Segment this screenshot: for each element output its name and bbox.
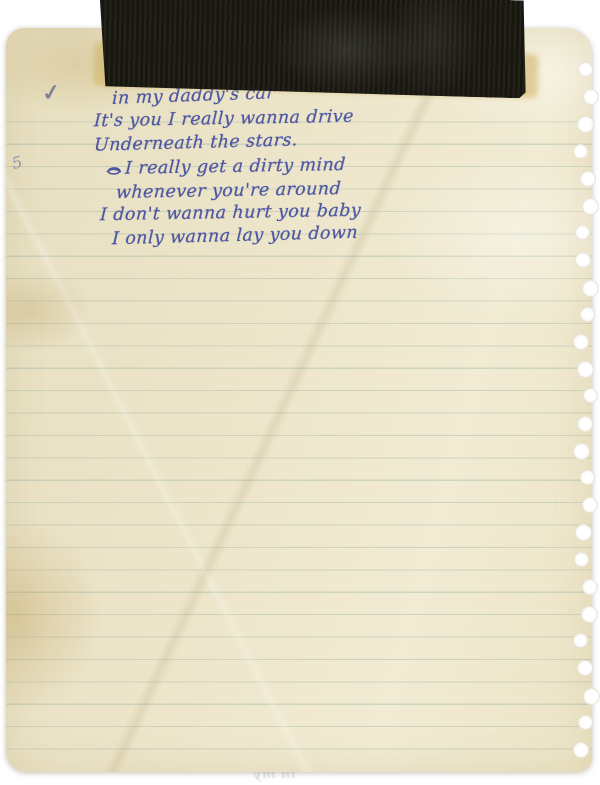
- binding-hole: [580, 307, 595, 322]
- binding-hole: [573, 742, 589, 758]
- binding-hole: [582, 198, 599, 215]
- margin-checkmark: ✓: [40, 79, 62, 107]
- binding-hole: [582, 579, 598, 595]
- lyric-line: whenever you're around: [115, 179, 341, 203]
- scanned-lyric-page: Now I rattle why aroundIt doesn't matter…: [0, 0, 600, 785]
- ink-scribble-icon: [105, 161, 122, 181]
- binding-hole: [582, 280, 599, 297]
- binding-hole: [577, 416, 593, 432]
- binding-hole: [578, 715, 593, 730]
- binding-hole: [573, 443, 590, 460]
- binding-hole: [580, 171, 596, 187]
- binding-hole: [583, 688, 600, 705]
- binding-hole: [583, 388, 598, 403]
- black-tape-strip: [98, 0, 528, 98]
- binding-hole: [580, 470, 595, 485]
- binding-hole: [573, 334, 589, 350]
- binding-hole: [574, 552, 589, 567]
- binding-hole: [573, 144, 588, 159]
- lyric-line: I really get a dirty mind: [105, 155, 346, 181]
- binding-hole: [578, 62, 593, 77]
- binding-hole: [581, 606, 598, 623]
- binding-hole: [582, 497, 598, 513]
- binding-hole: [583, 89, 599, 105]
